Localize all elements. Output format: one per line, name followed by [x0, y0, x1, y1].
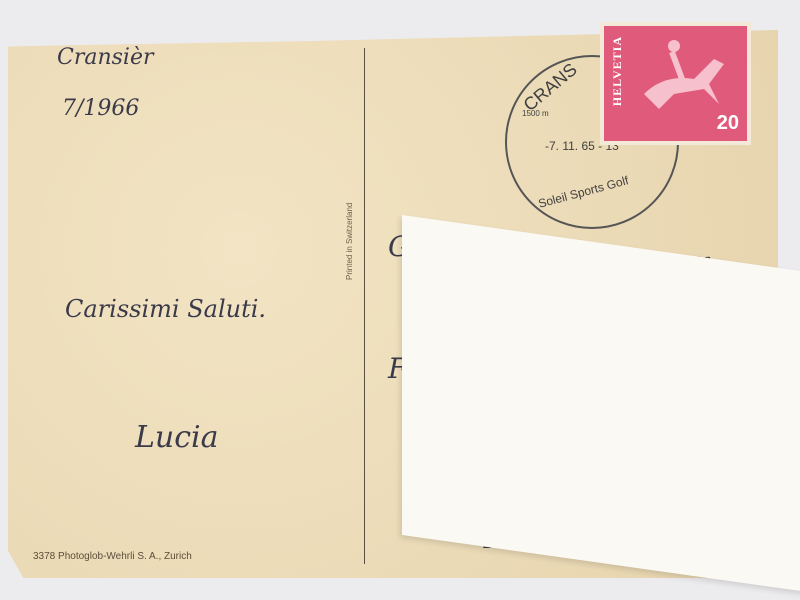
handwritten-greeting: Carissimi Saluti.: [65, 295, 266, 323]
handwritten-signature: Lucia: [135, 420, 219, 455]
publisher-text: 3378 Photoglob-Wehrli S. A., Zurich: [33, 551, 192, 562]
printed-in-label: Printed in Switzerland: [345, 203, 354, 280]
covering-paper: [402, 215, 800, 593]
horse-rider-icon: [634, 34, 734, 114]
postage-stamp: HELVETIA 20: [600, 22, 751, 145]
stamp-value: 20: [717, 112, 739, 135]
center-divider: [364, 48, 365, 564]
handwritten-date: 7/1966: [62, 96, 139, 121]
stamp-country: HELVETIA: [610, 36, 625, 106]
handwritten-place: Cransièr: [57, 45, 154, 70]
